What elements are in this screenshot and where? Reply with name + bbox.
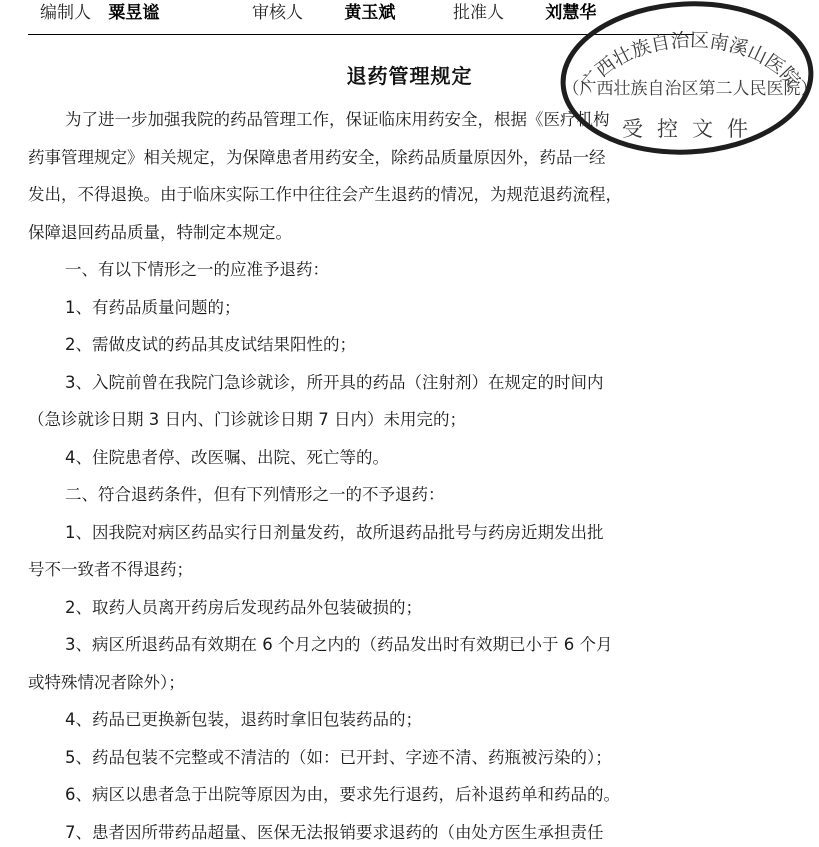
paragraph-line: 药事管理规定》相关规定，为保障患者用药安全，除药品质量原因外，药品一经 [28,139,698,177]
paragraph-line: 发出，不得退换。由于临床实际工作中往往会产生退药的情况，为规范退药流程， [28,176,698,214]
paragraph-line: 为了进一步加强我院的药品管理工作，保证临床用药安全，根据《医疗机构 [28,101,698,139]
signature-header: 编制人 粟昱谧 审核人 黄玉斌 批准人 刘慧华 [0,0,819,28]
compiler-field: 编制人 粟昱谧 [40,1,159,25]
document-body: 为了进一步加强我院的药品管理工作，保证临床用药安全，根据《医疗机构药事管理规定》… [28,101,698,847]
paragraph-line: 7、患者因所带药品超量、医保无法报销要求退药的（由处方医生承担责任 [28,814,698,847]
reviewer-name: 黄玉斌 [344,3,395,23]
paragraph-line: 1、因我院对病区药品实行日剂量发药，故所退药品批号与药房近期发出批 [28,514,698,552]
reviewer-label: 审核人 [252,3,303,23]
paragraph-line: 6、病区以患者急于出院等原因为由，要求先行退药，后补退药单和药品的。 [28,776,698,814]
paragraph-line: 3、入院前曾在我院门急诊就诊，所开具的药品（注射剂）在规定的时间内 [28,364,698,402]
paragraph-line: 1、有药品质量问题的； [28,289,698,327]
paragraph-line: 号不一致者不得退药； [28,551,698,589]
paragraph-line: 保障退回药品质量，特制定本规定。 [28,214,698,252]
paragraph-line: 二、符合退药条件，但有下列情形之一的不予退药： [28,476,698,514]
approver-label: 批准人 [453,3,504,23]
approver-field: 批准人 刘慧华 [453,1,596,25]
reviewer-field: 审核人 黄玉斌 [252,1,395,25]
paragraph-line: （急诊就诊日期 3 日内、门诊就诊日期 7 日内）未用完的； [28,401,698,439]
page-title: 退药管理规定 [0,62,819,90]
header-divider [28,34,694,35]
paragraph-line: 2、取药人员离开药房后发现药品外包装破损的； [28,589,698,627]
paragraph-line: 2、需做皮试的药品其皮试结果阳性的； [28,326,698,364]
paragraph-line: 3、病区所退药品有效期在 6 个月之内的（药品发出时有效期已小于 6 个月 [28,626,698,664]
approver-name: 刘慧华 [545,3,596,23]
compiler-name: 粟昱谧 [108,3,159,23]
paragraph-line: 4、药品已更换新包装，退药时拿旧包装药品的； [28,701,698,739]
paragraph-line: 一、有以下情形之一的应准予退药： [28,251,698,289]
paragraph-line: 5、药品包装不完整或不清洁的（如：已开封、字迹不清、药瓶被污染的）； [28,739,698,777]
compiler-label: 编制人 [40,3,91,23]
paragraph-line: 或特殊情况者除外）； [28,664,698,702]
paragraph-line: 4、住院患者停、改医嘱、出院、死亡等的。 [28,439,698,477]
